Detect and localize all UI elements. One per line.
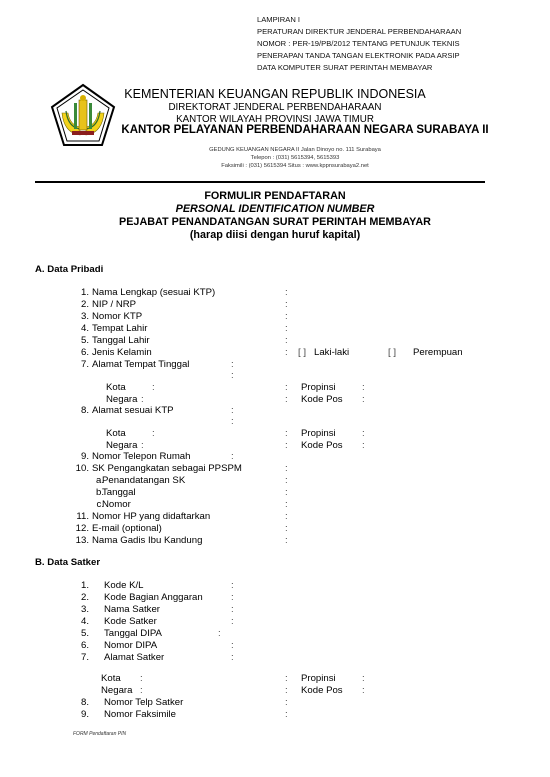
field-input[interactable] — [237, 580, 476, 591]
field-colon: : — [285, 311, 288, 322]
regulation-line-4: DATA KOMPUTER SURAT PERINTAH MEMBAYAR — [257, 62, 432, 73]
address-line-2: Telepon : (031) 5615394, 5615393 — [0, 154, 550, 162]
field-colon: : — [285, 697, 288, 708]
field-input[interactable] — [224, 628, 476, 639]
field-input[interactable] — [237, 405, 476, 416]
field-colon: : — [231, 604, 234, 615]
field-label: Nomor — [102, 499, 131, 511]
field-input[interactable] — [237, 359, 476, 370]
field-input[interactable] — [237, 604, 476, 615]
office-name: KANTOR PELAYANAN PERBENDAHARAAN NEGARA S… — [0, 124, 550, 136]
field-label: Tanggal — [102, 487, 136, 499]
kota-label: Kota — [106, 382, 126, 394]
ministry-name: KEMENTERIAN KEUANGAN REPUBLIK INDONESIA — [0, 87, 550, 101]
field-input[interactable] — [237, 616, 476, 627]
field-input[interactable] — [291, 511, 476, 522]
item-number: 2. — [67, 592, 89, 604]
field-label: Alamat Tempat Tinggal — [92, 359, 189, 371]
field-colon: : — [285, 394, 288, 405]
field-colon: : — [285, 382, 288, 393]
kode-pos-label: Kode Pos — [301, 685, 343, 697]
field-input[interactable] — [291, 487, 476, 498]
field-label: Nama Lengkap (sesuai KTP) — [92, 287, 215, 299]
field-colon: : — [362, 673, 365, 684]
field-label: Nama Satker — [104, 604, 160, 616]
field-colon: : — [231, 640, 234, 651]
field-input[interactable] — [237, 451, 476, 462]
gender-label-male: Laki-laki — [314, 347, 349, 359]
item-number: 4. — [67, 616, 89, 628]
field-colon: : — [231, 652, 234, 663]
field-label: Nomor Telepon Rumah — [92, 451, 190, 463]
form-subtitle: PERSONAL IDENTIFICATION NUMBER — [0, 203, 550, 215]
kode-pos-label: Kode Pos — [301, 440, 343, 452]
item-number: 10. — [67, 463, 89, 475]
field-colon: : — [285, 673, 288, 684]
field-colon: : — [285, 511, 288, 522]
field-label: Tempat Lahir — [92, 323, 147, 335]
field-colon: : — [285, 347, 288, 358]
form-title: FORMULIR PENDAFTARAN — [0, 190, 550, 202]
negara-label: Negara — [106, 394, 137, 406]
field-colon: : — [152, 428, 155, 439]
kode-pos-label: Kode Pos — [301, 394, 343, 406]
field-colon: : — [285, 499, 288, 510]
field-colon: : — [362, 382, 365, 393]
field-colon: : — [285, 487, 288, 498]
item-number: 7. — [67, 359, 89, 371]
field-input[interactable] — [291, 299, 476, 310]
field-colon: : — [231, 616, 234, 627]
field-input[interactable] — [291, 499, 476, 510]
field-colon: : — [362, 440, 365, 451]
regulation-line-3: PENERAPAN TANDA TANGAN ELEKTRONIK PADA A… — [257, 50, 460, 61]
field-colon: : — [140, 685, 143, 696]
field-label: Alamat sesuai KTP — [92, 405, 174, 417]
field-colon: : — [285, 709, 288, 720]
field-input[interactable] — [237, 640, 476, 651]
field-colon: : — [218, 628, 221, 639]
field-label: Alamat Satker — [104, 652, 164, 664]
field-label: Tanggal DIPA — [104, 628, 162, 640]
field-colon: : — [152, 382, 155, 393]
field-colon: : — [285, 685, 288, 696]
propinsi-label: Propinsi — [301, 428, 336, 440]
field-colon: : — [231, 592, 234, 603]
regulation-line-2: NOMOR : PER-19/PB/2012 TENTANG PETUNJUK … — [257, 38, 460, 49]
item-number: 6. — [67, 640, 89, 652]
field-colon: : — [231, 370, 234, 381]
item-number: 1. — [67, 287, 89, 299]
gender-label-female: Perempuan — [413, 347, 463, 359]
item-number: 2. — [67, 299, 89, 311]
field-label: Kode Bagian Anggaran — [104, 592, 203, 604]
field-label: Nomor Faksimile — [104, 709, 176, 721]
item-number: a. — [82, 475, 104, 487]
field-input[interactable] — [237, 592, 476, 603]
field-label: Nomor KTP — [92, 311, 142, 323]
item-number: 7. — [67, 652, 89, 664]
field-label: Kode Satker — [104, 616, 157, 628]
header-divider — [35, 181, 485, 183]
field-colon: : — [362, 428, 365, 439]
field-colon: : — [285, 523, 288, 534]
field-colon: : — [285, 463, 288, 474]
field-colon: : — [231, 451, 234, 462]
item-number: 9. — [67, 709, 89, 721]
field-colon: : — [285, 440, 288, 451]
field-colon: : — [285, 475, 288, 486]
field-label: Tanggal Lahir — [92, 335, 150, 347]
field-input[interactable] — [291, 323, 476, 334]
field-label: Nomor HP yang didaftarkan — [92, 511, 210, 523]
propinsi-label: Propinsi — [301, 382, 336, 394]
form-instruction: (harap diisi dengan huruf kapital) — [0, 229, 550, 241]
field-label: E-mail (optional) — [92, 523, 162, 535]
field-label: Nomor Telp Satker — [104, 697, 183, 709]
field-input[interactable] — [291, 335, 476, 346]
item-number: b. — [82, 487, 104, 499]
lampiran-label: LAMPIRAN I — [257, 14, 462, 25]
form-subject: PEJABAT PENANDATANGAN SURAT PERINTAH MEM… — [0, 216, 550, 228]
item-number: 8. — [67, 405, 89, 417]
item-number: 5. — [67, 628, 89, 640]
field-colon: : — [231, 359, 234, 370]
field-input[interactable] — [291, 523, 476, 534]
field-label: Penandatangan SK — [102, 475, 185, 487]
field-colon: : — [140, 673, 143, 684]
field-colon: : — [141, 394, 144, 405]
item-number: 13. — [67, 535, 89, 547]
address-line-3: Faksimili : (031) 5615394 Situs : www.kp… — [0, 162, 550, 170]
field-input[interactable] — [237, 652, 476, 663]
field-colon: : — [285, 299, 288, 310]
item-number: 6. — [67, 347, 89, 359]
regulation-line-1: PERATURAN DIREKTUR JENDERAL PERBENDAHARA… — [257, 26, 461, 37]
kota-label: Kota — [101, 673, 121, 685]
field-label: Nomor DIPA — [104, 640, 157, 652]
field-colon: : — [285, 428, 288, 439]
field-colon: : — [362, 394, 365, 405]
field-input[interactable] — [291, 697, 476, 708]
section-a-title: A. Data Pribadi — [35, 264, 103, 275]
section-b-title: B. Data Satker — [35, 557, 100, 568]
item-number: 5. — [67, 335, 89, 347]
item-number: 11. — [67, 511, 89, 523]
item-number: 1. — [67, 580, 89, 592]
negara-label: Negara — [101, 685, 132, 697]
item-number: 3. — [67, 604, 89, 616]
field-input[interactable] — [291, 287, 476, 298]
item-number: 8. — [67, 697, 89, 709]
item-number: c. — [82, 499, 104, 511]
propinsi-label: Propinsi — [301, 673, 336, 685]
field-colon: : — [285, 535, 288, 546]
field-colon: : — [231, 416, 234, 427]
item-number: 4. — [67, 323, 89, 335]
item-number: 12. — [67, 523, 89, 535]
item-number: 9. — [67, 451, 89, 463]
field-label: NIP / NRP — [92, 299, 136, 311]
field-colon: : — [285, 323, 288, 334]
field-input[interactable] — [291, 311, 476, 322]
field-colon: : — [231, 580, 234, 591]
field-label: Nama Gadis Ibu Kandung — [92, 535, 202, 547]
negara-label: Negara — [106, 440, 137, 452]
footer-text: FORM Pendaftaran PIN — [73, 731, 126, 737]
field-input[interactable] — [291, 535, 476, 546]
kota-label: Kota — [106, 428, 126, 440]
field-colon: : — [285, 335, 288, 346]
item-number: 3. — [67, 311, 89, 323]
field-colon: : — [362, 685, 365, 696]
field-input[interactable] — [291, 709, 476, 720]
field-colon: : — [231, 405, 234, 416]
field-label: SK Pengangkatan sebagai PPSPM — [92, 463, 242, 475]
field-colon: : — [285, 287, 288, 298]
checkbox-perempuan[interactable]: [ ] — [388, 347, 396, 359]
directorate-name: DIREKTORAT JENDERAL PERBENDAHARAAN — [0, 102, 550, 113]
field-colon: : — [141, 440, 144, 451]
field-label: Jenis Kelamin — [92, 347, 152, 359]
field-input[interactable] — [291, 475, 476, 486]
address-line-1: GEDUNG KEUANGAN NEGARA II Jalan Dinoyo n… — [0, 146, 550, 154]
field-input[interactable] — [291, 463, 476, 474]
field-label: Kode K/L — [104, 580, 143, 592]
checkbox-laki-laki[interactable]: [ ] — [298, 347, 306, 359]
